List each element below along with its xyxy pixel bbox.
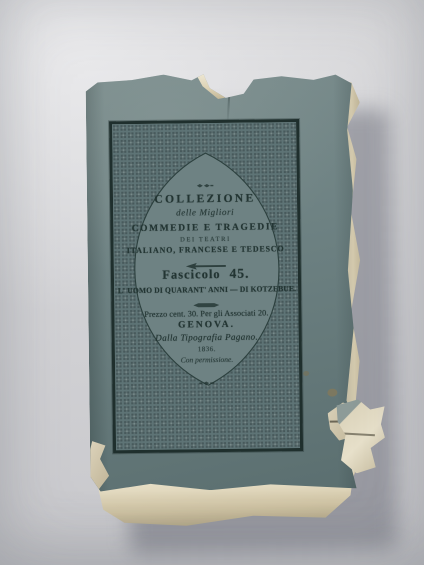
series-line2: COMMEDIE E TRAGEDIE xyxy=(113,222,297,234)
book-cover: COLLEZIONE delle Migliori COMMEDIE E TRA… xyxy=(85,70,356,491)
price-line: Prezzo cent. 30. Per gli Associati 20. xyxy=(114,308,298,319)
issue-number: 45. xyxy=(230,266,250,281)
work-title: L' UOMO DI QUARANT' ANNI — DI KOTZEBUE. xyxy=(118,284,295,295)
ornamental-frame: COLLEZIONE delle Migliori COMMEDIE E TRA… xyxy=(109,119,303,453)
torn-corner-bottom-left xyxy=(90,435,113,491)
cover-text: COLLEZIONE delle Migliori COMMEDIE E TRA… xyxy=(112,122,300,450)
series-title: COLLEZIONE xyxy=(113,192,297,206)
issue-line: Fascicolo45. xyxy=(114,265,298,283)
year: 1836. xyxy=(115,344,299,354)
publisher: Dalla Tipografia Pagano. xyxy=(115,331,299,343)
issue-label: Fascicolo xyxy=(162,267,220,282)
series-line3: DEI TEATRI xyxy=(113,235,297,244)
stain-spot xyxy=(303,371,309,376)
photo-background: COLLEZIONE delle Migliori COMMEDIE E TRA… xyxy=(0,0,424,565)
series-subtitle: delle Migliori xyxy=(113,206,297,218)
asterism-ornament-icon xyxy=(115,373,299,393)
cover-crease xyxy=(226,78,231,126)
tear-mark xyxy=(341,432,375,436)
book: COLLEZIONE delle Migliori COMMEDIE E TRA… xyxy=(0,0,424,565)
series-line4: ITALIANO, FRANCESE E TEDESCO xyxy=(116,244,295,255)
city: GENOVA. xyxy=(114,319,298,331)
torn-chip-top xyxy=(193,72,257,100)
permission-line: Con permissione. xyxy=(115,354,299,365)
stain-spot xyxy=(327,389,337,397)
